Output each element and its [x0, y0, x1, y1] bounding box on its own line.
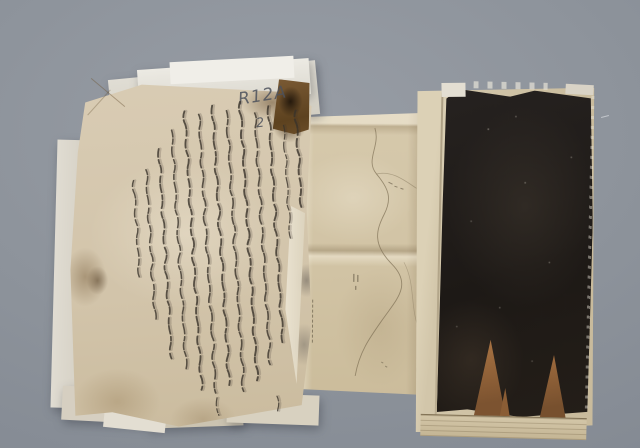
kanji-column-stroke	[255, 113, 273, 365]
notebook-worn-top-patch	[441, 83, 465, 97]
kanji-column-stroke	[282, 125, 291, 238]
black-notebook	[406, 78, 605, 440]
map-tiny-annotation	[388, 182, 403, 189]
manuscript-stack: R12A 2	[52, 58, 318, 440]
notebook-black-cover	[437, 89, 596, 422]
notebook-worn-top-patch	[565, 84, 594, 96]
kanji-column-stroke	[268, 106, 286, 344]
map-dot-marks	[381, 362, 387, 367]
notebook-binding-strip	[420, 414, 587, 440]
map-main-route-line	[355, 128, 403, 376]
notebook-worn-top-specks	[474, 81, 548, 90]
kanji-column-stroke	[284, 125, 293, 238]
photo-canvas: R12A 2	[0, 0, 640, 448]
map-place-label-marks	[354, 274, 358, 290]
